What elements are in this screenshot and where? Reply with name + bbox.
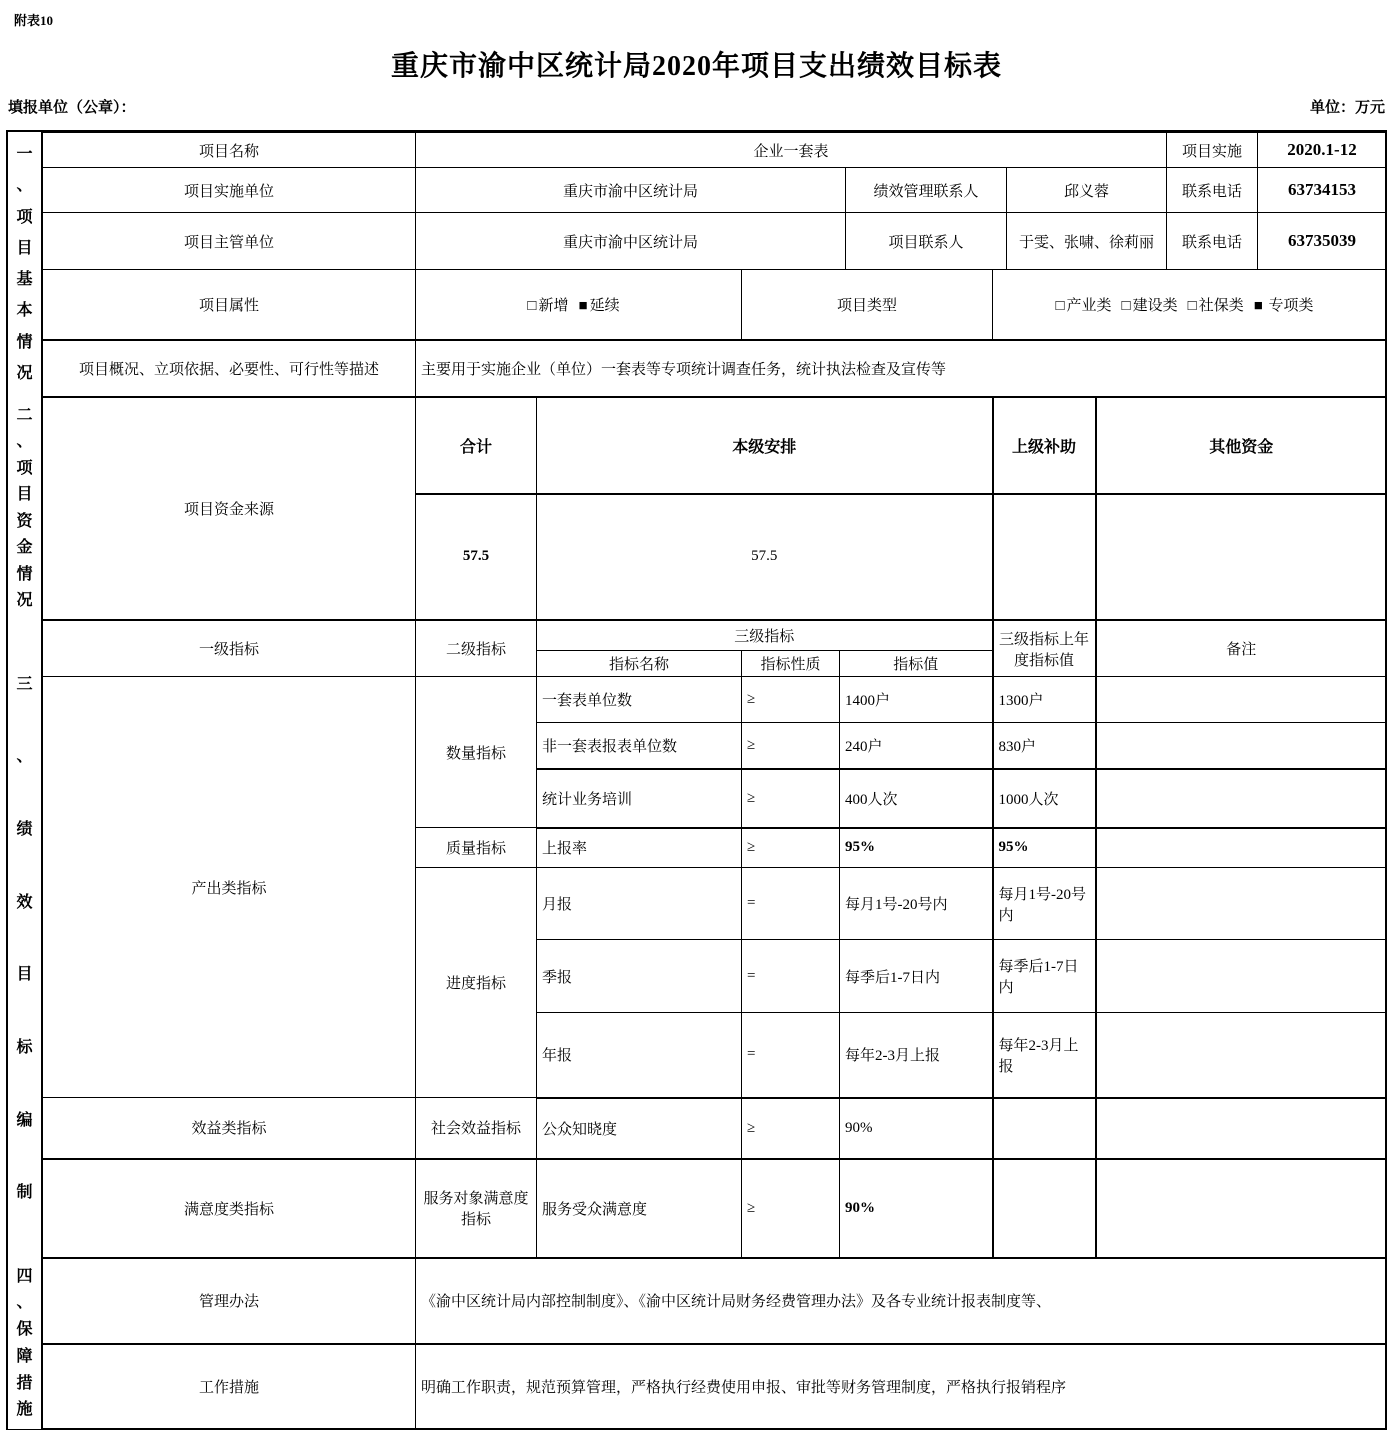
checkbox-unchecked-icon: □ — [1188, 298, 1197, 315]
indicator-note — [1096, 769, 1387, 828]
checkbox-unchecked-icon: □ — [527, 298, 536, 315]
supervisor-unit-row: 项目主管单位 重庆市渝中区统计局 项目联系人 于雯、张啸、徐莉丽 联系电话 63… — [43, 213, 1387, 270]
progress-sub-label: 进度指标 — [416, 868, 537, 1098]
phone2-value: 63735039 — [1258, 213, 1387, 270]
indicator-value: 400人次 — [840, 769, 993, 828]
perf-contact-label: 绩效管理联系人 — [846, 168, 1007, 213]
supervisor-unit-label: 项目主管单位 — [43, 213, 416, 270]
measures-label: 工作措施 — [43, 1344, 416, 1429]
indicator-nature: ≥ — [742, 1159, 840, 1258]
type-option-construction-label: 建设类 — [1133, 298, 1178, 314]
safeguards-table: 管理办法 《渝中区统计局内部控制制度》、《渝中区统计局财务经费管理办法》及各专业… — [42, 1258, 1387, 1429]
section3-side-label: 三、绩效目标编制 — [8, 620, 42, 1258]
quantity-sub-label: 数量指标 — [416, 677, 537, 828]
indicator-prev: 1300户 — [993, 677, 1096, 723]
checkbox-unchecked-icon: □ — [1122, 298, 1131, 315]
impl-period-label: 项目实施 — [1167, 133, 1258, 168]
indicator-note — [1096, 723, 1387, 769]
type-option-construction: □建设类 — [1122, 298, 1178, 314]
prev-year-header: 三级指标上年度指标值 — [993, 621, 1096, 677]
indicator-row: 效益类指标 社会效益指标 公众知晓度 ≥ 90% — [43, 1098, 1387, 1159]
indicator-note — [1096, 940, 1387, 1013]
overview-label: 项目概况、立项依据、必要性、可行性等描述 — [43, 340, 416, 397]
unit-label: 单位：万元 — [1310, 96, 1385, 117]
indicator-nature: ≥ — [742, 828, 840, 868]
funding-local-value: 57.5 — [537, 494, 993, 620]
indicator-value: 90% — [840, 1159, 993, 1258]
social-benefit-sub-label: 社会效益指标 — [416, 1098, 537, 1159]
checkbox-unchecked-icon: □ — [1055, 298, 1064, 315]
attr-option-new: □新增 — [527, 298, 568, 314]
indicator-prev: 95% — [993, 828, 1096, 868]
quality-sub-label: 质量指标 — [416, 828, 537, 868]
funding-superior-value — [993, 494, 1096, 620]
management-row: 管理办法 《渝中区统计局内部控制制度》、《渝中区统计局财务经费管理办法》及各专业… — [43, 1259, 1387, 1344]
checkbox-checked-icon: ■ — [1254, 298, 1263, 315]
indicator-prev: 每季后1-7日内 — [993, 940, 1096, 1013]
indicator-prev — [993, 1098, 1096, 1159]
section4-side-label: 四、保障措施 — [8, 1258, 42, 1429]
annex-label: 附表10 — [14, 10, 53, 29]
project-name-row: 项目名称 企业一套表 项目实施 2020.1-12 — [43, 133, 1387, 168]
supervisor-unit-value: 重庆市渝中区统计局 — [416, 213, 846, 270]
funding-header-row: 项目资金来源 合计 本级安排 上级补助 其他资金 — [43, 398, 1387, 494]
indicator-nature: = — [742, 868, 840, 940]
type-label: 项目类型 — [742, 270, 993, 340]
level1-header: 一级指标 — [43, 621, 416, 677]
funding-other-value — [1096, 494, 1387, 620]
attr-option-continue: ■延续 — [579, 298, 620, 314]
project-name-value: 企业一套表 — [416, 133, 1167, 168]
section1-side-label: 一、项目基本情况 — [8, 132, 42, 397]
indicator-nature-header: 指标性质 — [742, 651, 840, 677]
indicator-name: 非一套表报表单位数 — [537, 723, 742, 769]
indicator-nature: = — [742, 1013, 840, 1098]
type-options: □产业类□建设类□社保类■ 专项类 — [993, 270, 1387, 340]
fill-unit-label: 填报单位（公章）： — [8, 96, 136, 117]
indicator-name: 一套表单位数 — [537, 677, 742, 723]
indicator-value-header: 指标值 — [840, 651, 993, 677]
note-header: 备注 — [1096, 621, 1387, 677]
indicator-prev: 每月1号-20号内 — [993, 868, 1096, 940]
indicator-note — [1096, 828, 1387, 868]
phone2-label: 联系电话 — [1167, 213, 1258, 270]
type-option-social-label: 社保类 — [1199, 298, 1244, 314]
benefit-category-label: 效益类指标 — [43, 1098, 416, 1159]
type-option-special: ■ 专项类 — [1254, 298, 1314, 314]
indicator-note — [1096, 677, 1387, 723]
indicator-value: 90% — [840, 1098, 993, 1159]
type-option-social: □社保类 — [1188, 298, 1244, 314]
indicator-name: 服务受众满意度 — [537, 1159, 742, 1258]
indicator-value: 95% — [840, 828, 993, 868]
section-basic-info: 一、项目基本情况 项目名称 企业一套表 项目实施 2020.1-12 项目实施单… — [8, 132, 1385, 397]
indicator-value: 每季后1-7日内 — [840, 940, 993, 1013]
indicator-value: 1400户 — [840, 677, 993, 723]
management-label: 管理办法 — [43, 1259, 416, 1344]
indicator-value: 每月1号-20号内 — [840, 868, 993, 940]
attr-option-continue-label: 延续 — [590, 298, 620, 314]
section-funding: 二、项目资金情况 项目资金来源 合计 本级安排 上级补助 其他资金 57.5 5… — [8, 397, 1385, 620]
section-performance: 三、绩效目标编制 一级指标 二级指标 三级指标 三级指标上年度指标值 备注 指标… — [8, 620, 1385, 1258]
satisfaction-category-label: 满意度类指标 — [43, 1159, 416, 1258]
project-contact-value: 于雯、张啸、徐莉丽 — [1007, 213, 1167, 270]
main-table: 一、项目基本情况 项目名称 企业一套表 项目实施 2020.1-12 项目实施单… — [6, 130, 1387, 1430]
indicator-note — [1096, 1159, 1387, 1258]
type-option-special-label: 专项类 — [1269, 298, 1314, 314]
document-page: { "meta": { "annex": "附表10", "title": "重… — [0, 0, 1393, 1430]
indicator-name: 统计业务培训 — [537, 769, 742, 828]
impl-unit-label: 项目实施单位 — [43, 168, 416, 213]
performance-table: 一级指标 二级指标 三级指标 三级指标上年度指标值 备注 指标名称 指标性质 指… — [42, 620, 1387, 1258]
service-satisfaction-sub-label: 服务对象满意度指标 — [416, 1159, 537, 1258]
meta-row: 填报单位（公章）： 单位：万元 — [8, 96, 1385, 117]
perf-header-row1: 一级指标 二级指标 三级指标 三级指标上年度指标值 备注 — [43, 621, 1387, 651]
project-contact-label: 项目联系人 — [846, 213, 1007, 270]
project-name-label: 项目名称 — [43, 133, 416, 168]
indicator-row: 满意度类指标 服务对象满意度指标 服务受众满意度 ≥ 90% — [43, 1159, 1387, 1258]
indicator-name: 公众知晓度 — [537, 1098, 742, 1159]
output-category-label: 产出类指标 — [43, 677, 416, 1098]
type-option-industry-label: 产业类 — [1067, 298, 1112, 314]
attribute-label: 项目属性 — [43, 270, 416, 340]
level3-header: 三级指标 — [537, 621, 993, 651]
indicator-name-header: 指标名称 — [537, 651, 742, 677]
funding-header-total: 合计 — [416, 398, 537, 494]
indicator-prev: 1000人次 — [993, 769, 1096, 828]
overview-row: 项目概况、立项依据、必要性、可行性等描述 主要用于实施企业（单位）一套表等专项统… — [43, 340, 1387, 397]
indicator-nature: ≥ — [742, 723, 840, 769]
indicator-nature: ≥ — [742, 769, 840, 828]
section2-side-label: 二、项目资金情况 — [8, 397, 42, 620]
impl-unit-value: 重庆市渝中区统计局 — [416, 168, 846, 213]
section-safeguards: 四、保障措施 管理办法 《渝中区统计局内部控制制度》、《渝中区统计局财务经费管理… — [8, 1258, 1385, 1429]
indicator-nature: = — [742, 940, 840, 1013]
attr-option-new-label: 新增 — [538, 298, 568, 314]
measures-value: 明确工作职责，规范预算管理，严格执行经费使用申报、审批等财务管理制度，严格执行报… — [416, 1344, 1387, 1429]
indicator-name: 季报 — [537, 940, 742, 1013]
funding-source-label: 项目资金来源 — [43, 398, 416, 620]
measures-row: 工作措施 明确工作职责，规范预算管理，严格执行经费使用申报、审批等财务管理制度，… — [43, 1344, 1387, 1429]
indicator-value: 240户 — [840, 723, 993, 769]
indicator-prev: 每年2-3月上报 — [993, 1013, 1096, 1098]
indicator-prev — [993, 1159, 1096, 1258]
attribute-row: 项目属性 □新增■延续 项目类型 □产业类□建设类□社保类■ 专项类 — [43, 270, 1387, 340]
funding-total-value: 57.5 — [416, 494, 537, 620]
checkbox-checked-icon: ■ — [579, 298, 588, 315]
indicator-note — [1096, 868, 1387, 940]
indicator-nature: ≥ — [742, 677, 840, 723]
perf-contact-value: 邱义蓉 — [1007, 168, 1167, 213]
impl-unit-row: 项目实施单位 重庆市渝中区统计局 绩效管理联系人 邱义蓉 联系电话 637341… — [43, 168, 1387, 213]
type-option-industry: □产业类 — [1055, 298, 1111, 314]
indicator-name: 年报 — [537, 1013, 742, 1098]
indicator-prev: 830户 — [993, 723, 1096, 769]
level2-header: 二级指标 — [416, 621, 537, 677]
funding-header-superior: 上级补助 — [993, 398, 1096, 494]
indicator-row: 产出类指标 数量指标 一套表单位数 ≥ 1400户 1300户 — [43, 677, 1387, 723]
overview-value: 主要用于实施企业（单位）一套表等专项统计调查任务，统计执法检查及宣传等 — [416, 340, 1387, 397]
indicator-nature: ≥ — [742, 1098, 840, 1159]
indicator-value: 每年2-3月上报 — [840, 1013, 993, 1098]
indicator-name: 月报 — [537, 868, 742, 940]
indicator-note — [1096, 1098, 1387, 1159]
funding-header-local: 本级安排 — [537, 398, 993, 494]
attribute-options: □新增■延续 — [416, 270, 742, 340]
page-title: 重庆市渝中区统计局2020年项目支出绩效目标表 — [0, 44, 1393, 84]
funding-header-other: 其他资金 — [1096, 398, 1387, 494]
management-value: 《渝中区统计局内部控制制度》、《渝中区统计局财务经费管理办法》及各专业统计报表制… — [416, 1259, 1387, 1344]
funding-table: 项目资金来源 合计 本级安排 上级补助 其他资金 57.5 57.5 — [42, 397, 1387, 620]
phone1-value: 63734153 — [1258, 168, 1387, 213]
indicator-note — [1096, 1013, 1387, 1098]
basic-info-table: 项目名称 企业一套表 项目实施 2020.1-12 项目实施单位 重庆市渝中区统… — [42, 132, 1387, 397]
impl-period-value: 2020.1-12 — [1258, 133, 1387, 168]
phone1-label: 联系电话 — [1167, 168, 1258, 213]
indicator-name: 上报率 — [537, 828, 742, 868]
